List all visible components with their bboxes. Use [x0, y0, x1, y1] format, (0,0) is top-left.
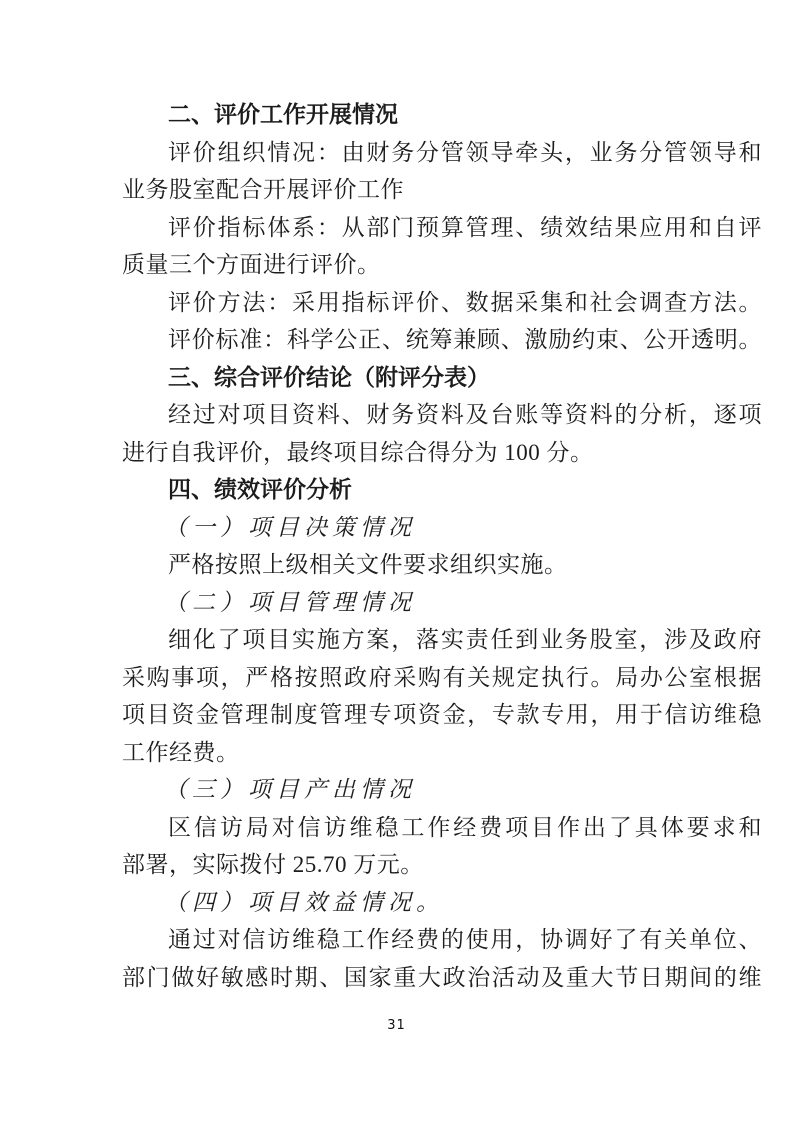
- subheading-line: （四）项目效益情况。: [122, 884, 762, 922]
- body-line: 进行自我评价，最终项目综合得分为 100 分。: [122, 434, 762, 472]
- body-line: 区信访局对信访维稳工作经费项目作出了具体要求和: [122, 809, 762, 847]
- body-line: 评价方法：采用指标评价、数据采集和社会调查方法。: [122, 284, 762, 322]
- body-line: 业务股室配合开展评价工作: [122, 171, 762, 209]
- body-line: 评价组织情况：由财务分管领导牵头，业务分管领导和: [122, 134, 762, 172]
- section-heading-2: 二、评价工作开展情况: [122, 96, 762, 134]
- body-line: 严格按照上级相关文件要求组织实施。: [122, 546, 762, 584]
- body-line: 通过对信访维稳工作经费的使用，协调好了有关单位、: [122, 921, 762, 959]
- body-line: 采购事项，严格按照政府采购有关规定执行。局办公室根据: [122, 659, 762, 697]
- page-number: 31: [0, 1018, 793, 1033]
- document-page: 二、评价工作开展情况 评价组织情况：由财务分管领导牵头，业务分管领导和 业务股室…: [0, 0, 793, 1122]
- text-block: 二、评价工作开展情况 评价组织情况：由财务分管领导牵头，业务分管领导和 业务股室…: [122, 96, 762, 996]
- section-heading-3: 三、综合评价结论（附评分表）: [122, 359, 762, 397]
- subheading-line: （二）项目管理情况: [122, 584, 762, 622]
- subheading-line: （三）项目产出情况: [122, 771, 762, 809]
- body-line: 质量三个方面进行评价。: [122, 246, 762, 284]
- section-heading-4: 四、绩效评价分析: [122, 471, 762, 509]
- body-line: 经过对项目资料、财务资料及台账等资料的分析，逐项: [122, 396, 762, 434]
- body-line: 评价标准：科学公正、统筹兼顾、激励约束、公开透明。: [122, 321, 762, 359]
- body-line: 评价指标体系：从部门预算管理、绩效结果应用和自评: [122, 209, 762, 247]
- body-line: 部门做好敏感时期、国家重大政治活动及重大节日期间的维: [122, 959, 762, 997]
- subheading-line: （一）项目决策情况: [122, 509, 762, 547]
- body-line: 工作经费。: [122, 734, 762, 772]
- body-line: 项目资金管理制度管理专项资金，专款专用，用于信访维稳: [122, 696, 762, 734]
- body-line: 细化了项目实施方案，落实责任到业务股室，涉及政府: [122, 621, 762, 659]
- body-line: 部署，实际拨付 25.70 万元。: [122, 846, 762, 884]
